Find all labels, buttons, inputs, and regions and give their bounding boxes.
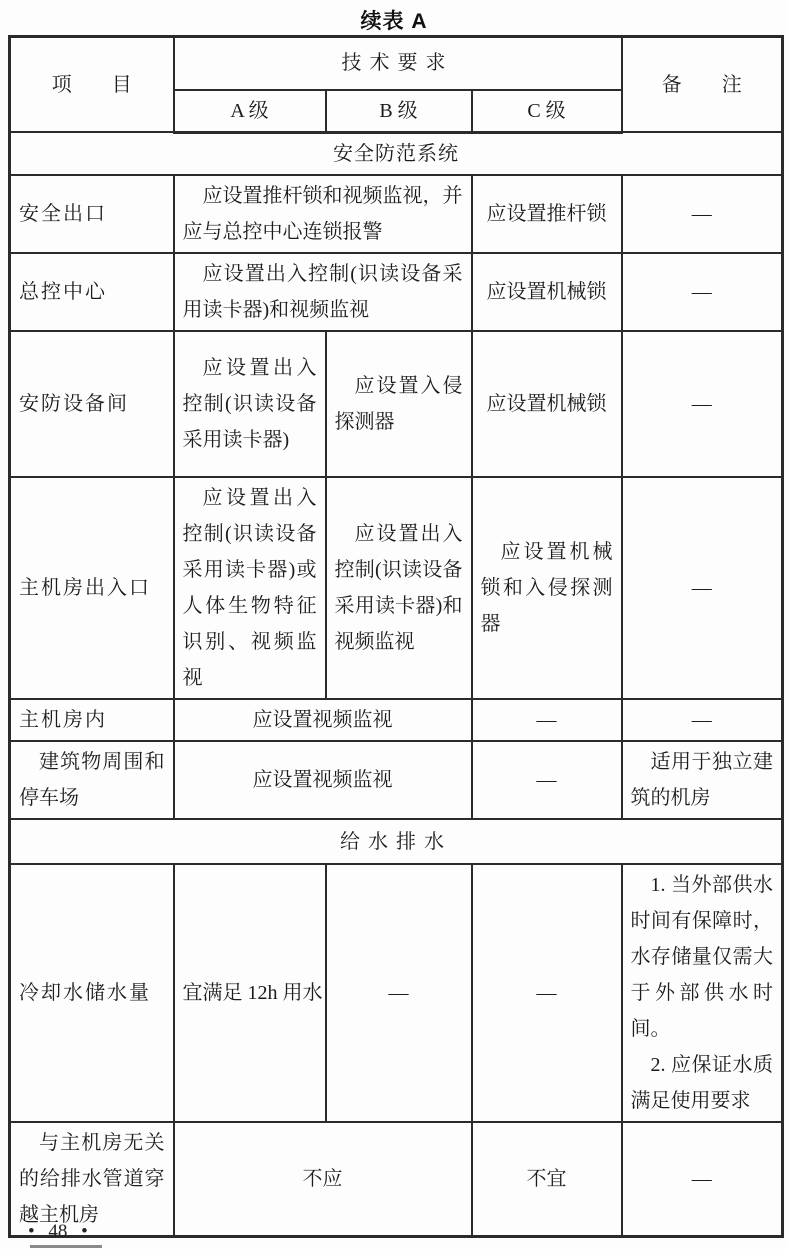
table-row-main-room-inside: 主机房内 应设置视频监视 — —: [10, 699, 783, 741]
remark-item-2: 2. 应保证水质满足使用要求: [631, 1047, 774, 1119]
cell-inside-item: 主机房内: [10, 699, 174, 741]
cell-equipment-room-item: 安防设备间: [10, 331, 174, 477]
cell-safety-exit-ab: 应设置推杆锁和视频监视，并应与总控中心连锁报警: [174, 175, 472, 253]
header-grade-a: A 级: [174, 90, 326, 133]
cell-perimeter-remark: 适用于独立建筑的机房: [622, 741, 783, 819]
remark-item-1: 1. 当外部供水时间有保障时，水存储量仅需大于外部供水时间。: [631, 867, 774, 1047]
cell-text: 应设置出入控制(识读设备采用读卡器)和视频监视: [183, 256, 463, 328]
cell-cooling-remark: 1. 当外部供水时间有保障时，水存储量仅需大于外部供水时间。 2. 应保证水质满…: [622, 864, 783, 1122]
document-page: 续表 A 项 目 技术要求 备 注 A 级 B 级 C 级 安全防范系统 安全出…: [0, 0, 788, 1249]
section-row-security: 安全防范系统: [10, 132, 783, 175]
cell-pipes-c: 不宜: [472, 1122, 622, 1237]
cell-equipment-room-c: 应设置机械锁: [472, 331, 622, 477]
section-title-plumbing: 给水排水: [10, 819, 783, 864]
cell-equipment-room-a: 应设置出入控制(识读设备采用读卡器): [174, 331, 326, 477]
table-row-cooling-water: 冷却水储水量 宜满足 12h 用水 — — 1. 当外部供水时间有保障时，水存储…: [10, 864, 783, 1122]
scan-artifact-line: [30, 1245, 102, 1248]
cell-inside-c: —: [472, 699, 622, 741]
cell-safety-exit-c: 应设置推杆锁: [472, 175, 622, 253]
header-remark: 备 注: [622, 37, 783, 133]
cell-cooling-b: —: [326, 864, 472, 1122]
spec-table: 项 目 技术要求 备 注 A 级 B 级 C 级 安全防范系统 安全出口 应设置…: [8, 35, 784, 1238]
cell-entrance-item: 主机房出入口: [10, 477, 174, 699]
section-title-security: 安全防范系统: [10, 132, 783, 175]
table-row-security-equipment-room: 安防设备间 应设置出入控制(识读设备采用读卡器) 应设置入侵探测器 应设置机械锁…: [10, 331, 783, 477]
cell-text: 适用于独立建筑的机房: [631, 744, 774, 816]
cell-equipment-room-remark: —: [622, 331, 783, 477]
cell-perimeter-c: —: [472, 741, 622, 819]
cell-text: 应设置入侵探测器: [335, 368, 463, 440]
cell-text: 应设置推杆锁和视频监视，并应与总控中心连锁报警: [183, 178, 463, 250]
table-row-main-room-entrance: 主机房出入口 应设置出入控制(识读设备采用读卡器)或人体生物特征识别、视频监视 …: [10, 477, 783, 699]
cell-entrance-c: 应设置机械锁和入侵探测器: [472, 477, 622, 699]
cell-perimeter-item: 建筑物周围和停车场: [10, 741, 174, 819]
cell-pipes-remark: —: [622, 1122, 783, 1237]
cell-safety-exit-item: 安全出口: [10, 175, 174, 253]
table-row-pipes-crossing: 与主机房无关的给排水管道穿越主机房 不应 不宜 —: [10, 1122, 783, 1237]
cell-text: 应设置出入控制(识读设备采用读卡器)和视频监视: [335, 516, 463, 660]
cell-cooling-item: 冷却水储水量: [10, 864, 174, 1122]
table-row-control-center: 总控中心 应设置出入控制(识读设备采用读卡器)和视频监视 应设置机械锁 —: [10, 253, 783, 331]
cell-control-center-c: 应设置机械锁: [472, 253, 622, 331]
cell-text: 应设置出入控制(识读设备采用读卡器): [183, 350, 317, 458]
cell-control-center-ab: 应设置出入控制(识读设备采用读卡器)和视频监视: [174, 253, 472, 331]
cell-inside-remark: —: [622, 699, 783, 741]
page-number: • 48 •: [28, 1221, 88, 1243]
header-item: 项 目: [10, 37, 174, 133]
cell-text: 应设置出入控制(识读设备采用读卡器)或人体生物特征识别、视频监视: [183, 480, 317, 696]
cell-cooling-a: 宜满足 12h 用水: [174, 864, 326, 1122]
cell-entrance-a: 应设置出入控制(识读设备采用读卡器)或人体生物特征识别、视频监视: [174, 477, 326, 699]
header-row-1: 项 目 技术要求 备 注: [10, 37, 783, 90]
cell-cooling-c: —: [472, 864, 622, 1122]
cell-pipes-ab: 不应: [174, 1122, 472, 1237]
cell-equipment-room-b: 应设置入侵探测器: [326, 331, 472, 477]
cell-entrance-b: 应设置出入控制(识读设备采用读卡器)和视频监视: [326, 477, 472, 699]
cell-pipes-item: 与主机房无关的给排水管道穿越主机房: [10, 1122, 174, 1237]
cell-text: 应设置机械锁和入侵探测器: [481, 534, 613, 642]
header-tech-requirements: 技术要求: [174, 37, 622, 90]
cell-inside-ab: 应设置视频监视: [174, 699, 472, 741]
cell-control-center-remark: —: [622, 253, 783, 331]
cell-control-center-item: 总控中心: [10, 253, 174, 331]
header-grade-b: B 级: [326, 90, 472, 133]
cell-entrance-remark: —: [622, 477, 783, 699]
section-row-plumbing: 给水排水: [10, 819, 783, 864]
cell-text: 与主机房无关的给排水管道穿越主机房: [19, 1125, 165, 1233]
cell-safety-exit-remark: —: [622, 175, 783, 253]
page-title: 续表 A: [0, 5, 788, 35]
table-row-safety-exit: 安全出口 应设置推杆锁和视频监视，并应与总控中心连锁报警 应设置推杆锁 —: [10, 175, 783, 253]
cell-perimeter-ab: 应设置视频监视: [174, 741, 472, 819]
table-row-building-perimeter: 建筑物周围和停车场 应设置视频监视 — 适用于独立建筑的机房: [10, 741, 783, 819]
cell-text: 建筑物周围和停车场: [19, 744, 165, 816]
header-grade-c: C 级: [472, 90, 622, 133]
